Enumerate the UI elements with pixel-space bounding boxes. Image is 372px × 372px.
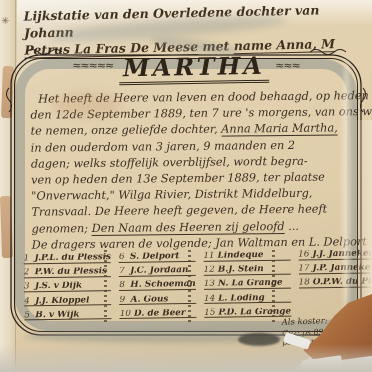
bearer-number: 10: [120, 310, 131, 319]
bearer-entry: 3J.S. v Dijk: [24, 281, 112, 292]
rust-stain: [52, 92, 122, 118]
body-text: te nemen, onze geliefde dochter,: [31, 123, 222, 138]
bearer-number: 3: [24, 283, 32, 292]
bearer-entry: 2P.W. du Plessis: [24, 267, 112, 278]
bearer-column: 6S. Delport7J.C. Jordaan8H. Schoeman9A. …: [119, 252, 204, 324]
bearer-name: Lindeque: [218, 251, 264, 260]
bearer-number: 6: [119, 253, 127, 262]
bearer-entry: 6S. Delport: [119, 252, 196, 263]
bearer-number: 13: [204, 280, 215, 289]
margin-mark: ✳: [1, 16, 9, 27]
bearer-entry: 8H. Schoeman: [119, 280, 196, 291]
bearer-number: 11: [203, 252, 214, 261]
bearer-name: A. Gous: [131, 295, 169, 304]
bearer-entry: 9A. Gous: [120, 294, 197, 305]
paper-shading-bottom: [0, 344, 372, 372]
bearer-entry: 7J.C. Jordaan: [119, 266, 196, 277]
bearer-number: 18: [299, 279, 310, 288]
body-text: "Onverwacht," Wilga Rivier, Distrikt Mid…: [31, 187, 312, 203]
bearer-number: 1: [24, 254, 32, 263]
body-text: Transvaal. De Heere heeft gegeven, de He…: [31, 203, 327, 219]
body-line: Transvaal. De Heere heeft gegeven, de He…: [31, 202, 347, 222]
body-line: te nemen, onze geliefde dochter, Anna Ma…: [30, 121, 346, 141]
bearer-number: 4: [24, 297, 32, 306]
bearer-entry: 1J.P.L. du Plessis: [24, 253, 112, 264]
body-text: dagen; welks stoffelijk overblijfsel, wo…: [31, 155, 308, 171]
bearer-entry: 13N. La Grange: [204, 279, 291, 290]
body-text: genomen;: [32, 222, 92, 236]
bearer-name: S. Delport: [130, 252, 180, 261]
body-text: ...: [285, 219, 300, 232]
column-divider: [104, 250, 107, 322]
body-text: Den Naam des Heeren zij geloofd: [92, 220, 285, 236]
bearer-number: 8: [119, 281, 127, 290]
document-title: MARTHA: [119, 51, 269, 86]
bearer-name: L. Loding: [218, 294, 265, 303]
bearer-name: J.P.L. du Plessis: [35, 253, 112, 263]
bearer-entry: 14L. Loding: [204, 293, 291, 304]
bearer-entry: 5B. v Wijk: [24, 310, 112, 321]
bearer-number: 5: [24, 311, 32, 320]
bearer-number: 7: [119, 267, 127, 276]
bearer-name: B. v Wijk: [35, 310, 79, 319]
bearer-name: D. de Beer: [134, 309, 186, 318]
bearer-number: 17: [298, 265, 309, 274]
bearer-name: H. Schoeman: [130, 280, 196, 290]
bearer-entry: 15P.D. La Grange: [204, 307, 291, 318]
bearer-entry: 10D. de Beer: [120, 309, 197, 320]
manuscript-photo: ✳ Lijkstatie van den Overledene dochter …: [0, 0, 372, 372]
bearer-entry: 12B.J. Stein: [204, 265, 291, 276]
bearer-number: 16: [298, 250, 309, 259]
body-text: Anna Maria Martha,: [221, 122, 338, 137]
bearer-name: J.C. Jordaan: [130, 266, 188, 275]
bearer-name: J.S. v Dijk: [35, 282, 82, 291]
bearer-list: 1J.P.L. du Plessis2P.W. du Plessis3J.S. …: [24, 250, 359, 326]
column-divider: [188, 250, 191, 322]
bearer-name: P.W. du Plessis: [35, 267, 107, 277]
bearer-number: 2: [24, 268, 32, 277]
bearer-entry: 4J.J. Kloppel: [24, 296, 112, 307]
bearer-entry: 11Lindeque: [203, 251, 290, 262]
title-row: ≈≈≈≈≈MARTHA≈≈≈: [0, 52, 372, 84]
paper-crease: [342, 56, 351, 320]
bearer-name: B.J. Stein: [218, 265, 264, 274]
body-text: in den ouderdom van 3 jaren, 9 maanden e…: [31, 138, 295, 154]
column-divider: [272, 250, 275, 322]
bearer-number: 15: [204, 308, 215, 317]
page-edge: [356, 120, 372, 320]
body-text: De dragers waren de volgende; Jan Waltma…: [32, 235, 367, 252]
bearer-number: 14: [204, 294, 215, 303]
title-flourish-right: ≈≈≈: [275, 59, 300, 72]
bearer-number: 9: [120, 295, 128, 304]
bearer-column: 11Lindeque12B.J. Stein13N. La Grange14L.…: [203, 251, 299, 323]
title-flourish-left: ≈≈≈≈≈: [72, 59, 113, 72]
body-text: ven op heden den 13e September 1889, ter…: [31, 171, 325, 187]
bearer-name: P.D. La Grange: [218, 307, 291, 317]
bearer-number: 12: [204, 266, 215, 275]
bearer-name: J.J. Kloppel: [35, 296, 89, 305]
